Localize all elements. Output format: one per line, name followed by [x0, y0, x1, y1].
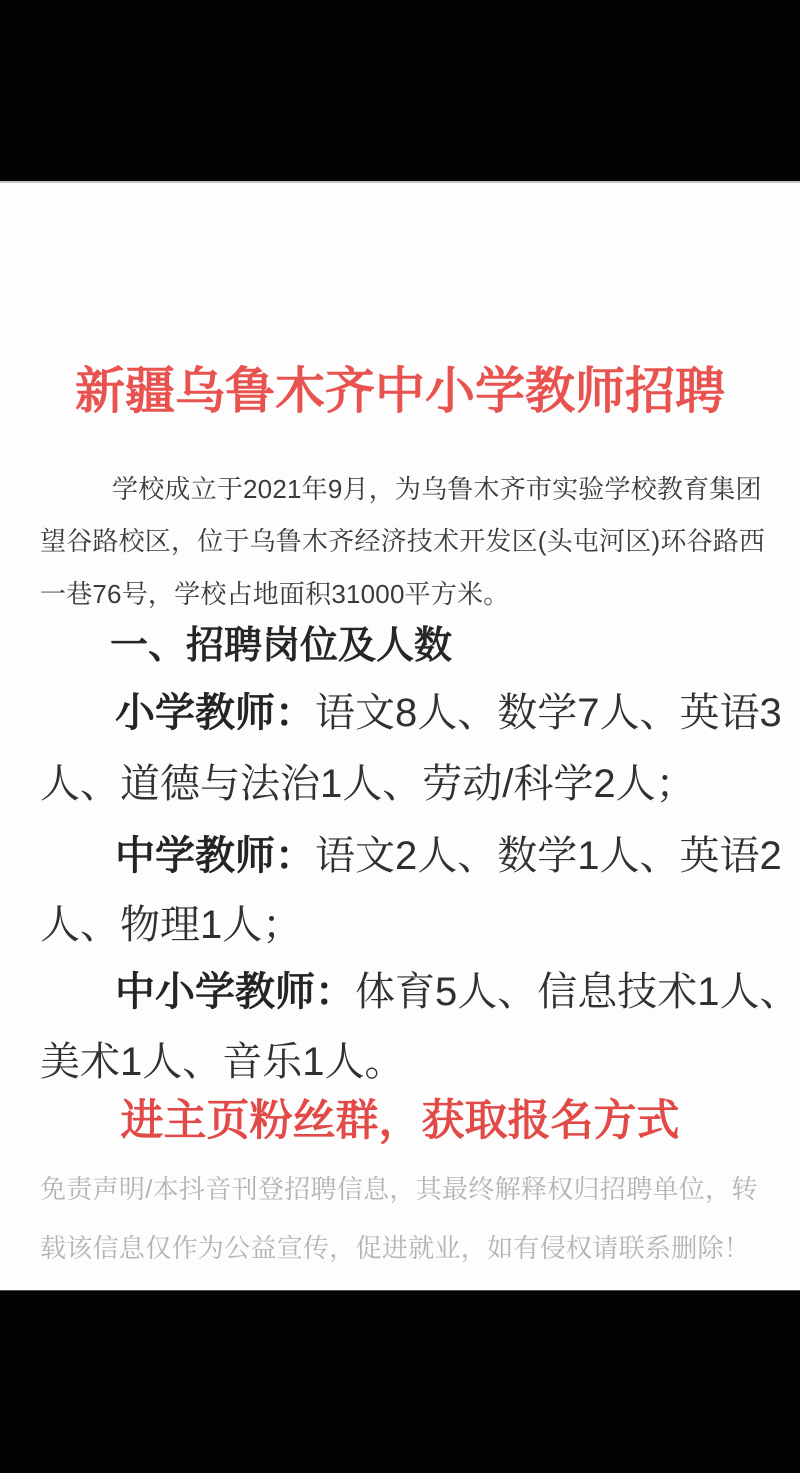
position-line-both-1: 中小学教师：体育5人、信息技术1人、: [115, 969, 800, 1016]
disclaimer-line: 载该信息仅作为公益宣传，促进就业，如有侵权请联系删除！: [40, 1231, 750, 1265]
recruitment-poster: 新疆乌鲁木齐中小学教师招聘 学校成立于2021年9月，为乌鲁木齐市实验学校教育集…: [0, 0, 800, 1473]
position-line-both-2: 美术1人、音乐1人。: [40, 1039, 405, 1086]
top-letterbox-band: [0, 0, 800, 183]
position-role: 中学教师：: [115, 834, 315, 878]
position-detail: 体育5人、信息技术1人、: [355, 970, 800, 1014]
page-title: 新疆乌鲁木齐中小学教师招聘: [0, 362, 800, 420]
bottom-letterbox-band: [0, 1290, 800, 1473]
position-detail: 语文2人、数学1人、英语2: [315, 834, 782, 878]
position-role: 中小学教师：: [115, 970, 355, 1014]
position-detail: 语文8人、数学7人、英语3: [315, 691, 782, 735]
section-heading: 一、招聘岗位及人数: [110, 624, 452, 668]
disclaimer-line: 免责声明/本抖音刊登招聘信息，其最终解释权归招聘单位，转: [40, 1172, 758, 1206]
position-line-middle-2: 人、物理1人；: [40, 902, 302, 949]
position-line-primary-1: 小学教师：语文8人、数学7人、英语3: [115, 690, 782, 737]
position-line-primary-2: 人、道德与法治1人、劳动/科学2人；: [40, 761, 696, 808]
position-role: 小学教师：: [115, 691, 315, 735]
intro-line: 学校成立于2021年9月，为乌鲁木齐市实验学校教育集团: [112, 471, 762, 507]
cta-line: 进主页粉丝群，获取报名方式: [0, 1096, 800, 1146]
intro-line: 望谷路校区，位于乌鲁木齐经济技术开发区(头屯河区)环谷路西: [40, 523, 765, 559]
intro-line: 一巷76号，学校占地面积31000平方米。: [40, 576, 509, 612]
position-line-middle-1: 中学教师：语文2人、数学1人、英语2: [115, 833, 782, 880]
